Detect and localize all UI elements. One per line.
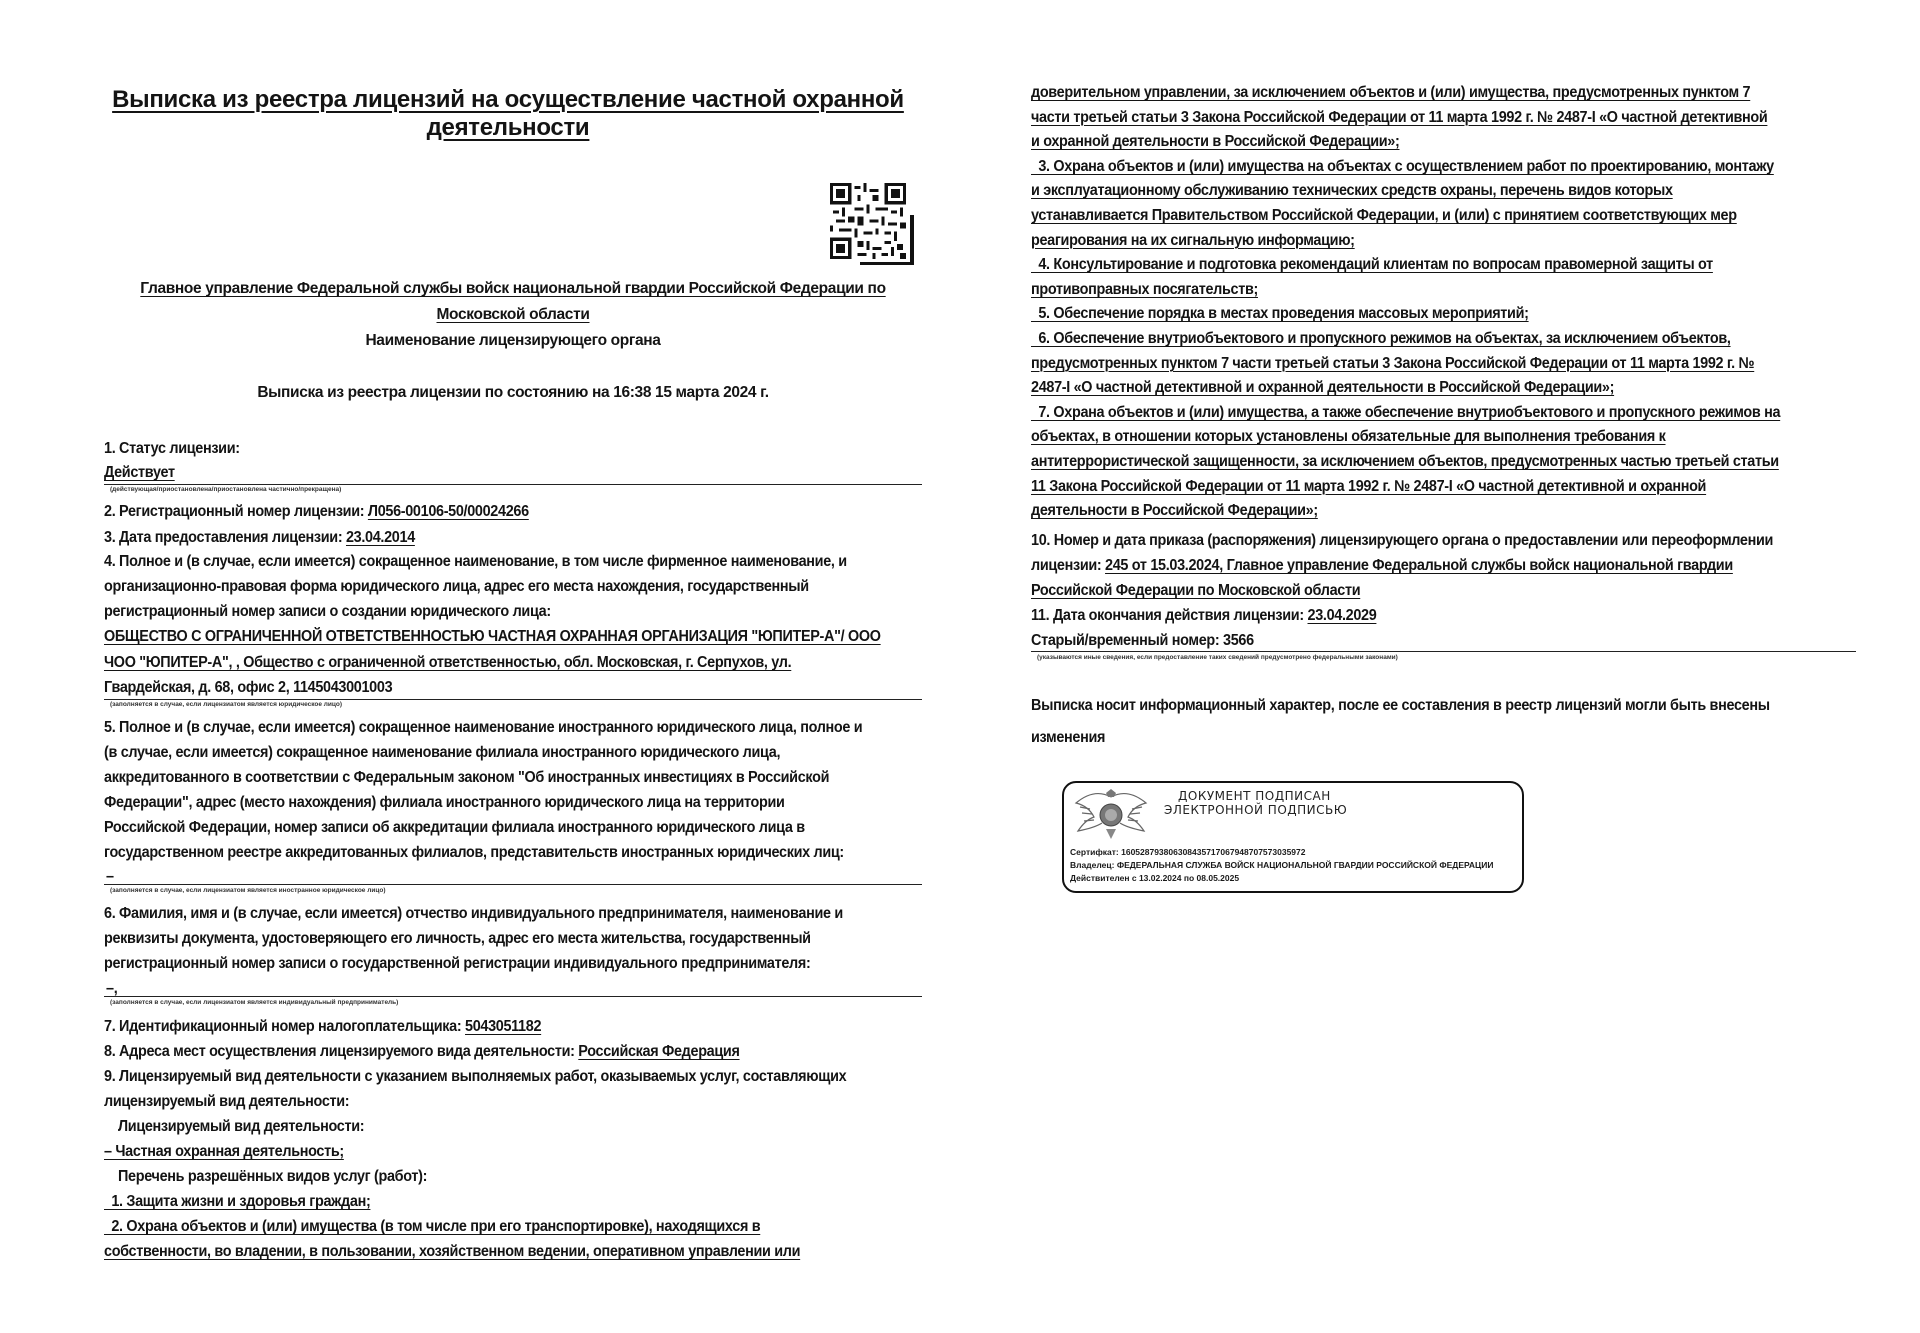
order-row: лицензии: 245 от 15.03.2024, Главное упр… (1031, 557, 1733, 575)
old-number: Старый/временный номер: 3566 (1031, 632, 1254, 650)
item4-text: 4. Полное и (в случае, если имеется) сок… (104, 553, 847, 571)
activity-address-row: 8. Адреса мест осуществления лицензируем… (104, 1043, 740, 1061)
service-item: 11 Закона Российской Федерации от 11 мар… (1031, 478, 1706, 496)
service-item: 6. Обеспечение внутриобъектового и пропу… (1031, 330, 1731, 348)
item6-text: 6. Фамилия, имя и (в случае, если имеетс… (104, 905, 843, 923)
old-number-note: (указываются иные сведения, если предост… (1037, 654, 1398, 661)
service-item: части третьей статьи 3 Закона Российской… (1031, 109, 1767, 127)
rosgvardia-emblem-icon (1070, 787, 1152, 841)
item6-text: регистрационный номер записи о государст… (104, 955, 810, 973)
item9-text: 9. Лицензируемый вид деятельности с указ… (104, 1068, 846, 1086)
activity-address-value: Российская Федерация (578, 1043, 739, 1060)
registration-number-row: 2. Регистрационный номер лицензии: Л056-… (104, 503, 529, 521)
activity-address-label: 8. Адреса мест осуществления лицензируем… (104, 1043, 578, 1060)
service-item: 5. Обеспечение порядка в местах проведен… (1031, 305, 1529, 323)
inn-label: 7. Идентификационный номер налогоплатель… (104, 1018, 465, 1035)
order-value: 245 от 15.03.2024, Главное управление Фе… (1105, 557, 1733, 574)
status-value: Действует (104, 464, 175, 482)
service-item: 4. Консультирование и подготовка рекомен… (1031, 256, 1713, 274)
divider (104, 884, 922, 885)
certificate-owner: Владелец: ФЕДЕРАЛЬНАЯ СЛУЖБА ВОЙСК НАЦИО… (1070, 860, 1493, 870)
document-title: Выписка из реестра лицензий на осуществл… (108, 86, 908, 114)
registration-number-value: Л056-00106-50/00024266 (368, 503, 529, 520)
inn-row: 7. Идентификационный номер налогоплатель… (104, 1018, 541, 1036)
service-item: реагирования на их сигнальную информацию… (1031, 232, 1355, 250)
legal-entity-address: Гвардейская, д. 68, офис 2, 114504300100… (104, 679, 392, 697)
item9-text: лицензируемый вид деятельности: (104, 1093, 349, 1111)
divider (104, 699, 922, 700)
status-label: 1. Статус лицензии: (104, 440, 240, 458)
service-item: и эксплуатационному обслуживанию техниче… (1031, 182, 1673, 200)
signature-heading: ДОКУМЕНТ ПОДПИСАН ЭЛЕКТРОННОЙ ПОДПИСЬЮ (1164, 789, 1424, 817)
divider (1031, 651, 1856, 652)
service-item: доверительном управлении, за исключением… (1031, 84, 1750, 102)
item5-note: (заполняется в случае, если лицензиатом … (110, 887, 386, 894)
service-item: 2. Охрана объектов и (или) имущества (в … (104, 1218, 760, 1236)
extract-date: Выписка из реестра лицензии по состоянию… (108, 384, 918, 402)
service-item: и охранной деятельности в Российской Фед… (1031, 133, 1399, 151)
service-item: антитеррористической защищенности, за ис… (1031, 453, 1779, 471)
item5-text: Российской Федерации, номер записи об ак… (104, 819, 805, 837)
order-prefix: лицензии: (1031, 557, 1105, 574)
item5-text: государственном реестре аккредитованных … (104, 844, 844, 862)
item6-note: (заполняется в случае, если лицензиатом … (110, 999, 398, 1006)
service-item: устанавливается Правительством Российско… (1031, 207, 1737, 225)
licensing-authority-name-line2: Московской области (108, 306, 918, 324)
licensing-authority-name: Главное управление Федеральной службы во… (108, 280, 918, 298)
service-item: 7. Охрана объектов и (или) имущества, а … (1031, 404, 1780, 422)
order-value-line2: Российской Федерации по Московской облас… (1031, 582, 1360, 600)
disclaimer: Выписка носит информационный характер, п… (1031, 697, 1770, 715)
electronic-signature-stamp: ДОКУМЕНТ ПОДПИСАН ЭЛЕКТРОННОЙ ПОДПИСЬЮ С… (1062, 781, 1524, 893)
inn-value: 5043051182 (465, 1018, 541, 1035)
item4-text: регистрационный номер записи о создании … (104, 603, 551, 621)
qr-frame-mark (910, 215, 914, 265)
item5-text: 5. Полное и (в случае, если имеется) сок… (104, 719, 862, 737)
qr-code-icon (830, 183, 906, 259)
item6-text: реквизиты документа, удостоверяющего его… (104, 930, 811, 948)
issue-date-label: 3. Дата предоставления лицензии: (104, 529, 346, 546)
licensing-authority-caption: Наименование лицензирующего органа (108, 332, 918, 350)
activity-label: Лицензируемый вид деятельности: (118, 1118, 364, 1136)
service-item: 1. Защита жизни и здоровья граждан; (104, 1193, 370, 1211)
service-item: предусмотренных пунктом 7 части третьей … (1031, 355, 1754, 373)
expiry-row: 11. Дата окончания действия лицензии: 23… (1031, 607, 1376, 625)
issue-date-value: 23.04.2014 (346, 529, 415, 546)
legal-entity-name: ОБЩЕСТВО С ОГРАНИЧЕННОЙ ОТВЕТСТВЕННОСТЬЮ… (104, 628, 881, 646)
status-note: (действующая/приостановлена/приостановле… (110, 486, 341, 493)
divider (104, 996, 922, 997)
services-label: Перечень разрешённых видов услуг (работ)… (118, 1168, 427, 1186)
item4-text: организационно-правовая форма юридическо… (104, 578, 809, 596)
service-item: деятельности в Российской Федерации»; (1031, 502, 1318, 520)
service-item: 3. Охрана объектов и (или) имущества на … (1031, 158, 1774, 176)
document-title-line2: деятельности (108, 114, 908, 142)
order-label: 10. Номер и дата приказа (распоряжения) … (1031, 532, 1773, 550)
certificate-number: Сертифкат: 16052879380630843571706794870… (1070, 847, 1305, 857)
service-item: противоправных посягательств; (1031, 281, 1258, 299)
signature-heading-line2: ЭЛЕКТРОННОЙ ПОДПИСЬЮ (1164, 803, 1424, 817)
legal-entity-name: ЧОО "ЮПИТЕР-А", , Общество с ограниченно… (104, 654, 791, 672)
expiry-label: 11. Дата окончания действия лицензии: (1031, 607, 1308, 624)
service-item: собственности, во владении, в пользовани… (104, 1243, 800, 1261)
divider (104, 484, 922, 485)
service-item: объектах, в отношении которых установлен… (1031, 428, 1666, 446)
disclaimer-line2: изменения (1031, 729, 1105, 747)
qr-frame-mark (860, 262, 914, 265)
issue-date-row: 3. Дата предоставления лицензии: 23.04.2… (104, 529, 415, 547)
certificate-validity: Действителен с 13.02.2024 по 08.05.2025 (1070, 873, 1239, 883)
item4-note: (заполняется в случае, если лицензиатом … (110, 701, 342, 708)
item5-text: (в случае, если имеется) сокращенное наи… (104, 744, 780, 762)
registration-number-label: 2. Регистрационный номер лицензии: (104, 503, 368, 520)
item5-text: Федерации", адрес (место нахождения) фил… (104, 794, 785, 812)
activity-value: – Частная охранная деятельность; (104, 1143, 344, 1161)
expiry-value: 23.04.2029 (1308, 607, 1377, 624)
signature-heading-line1: ДОКУМЕНТ ПОДПИСАН (1164, 789, 1424, 803)
service-item: 2487-I «О частной детективной и охранной… (1031, 379, 1614, 397)
item5-text: аккредитованного в соответствии с Федера… (104, 769, 829, 787)
